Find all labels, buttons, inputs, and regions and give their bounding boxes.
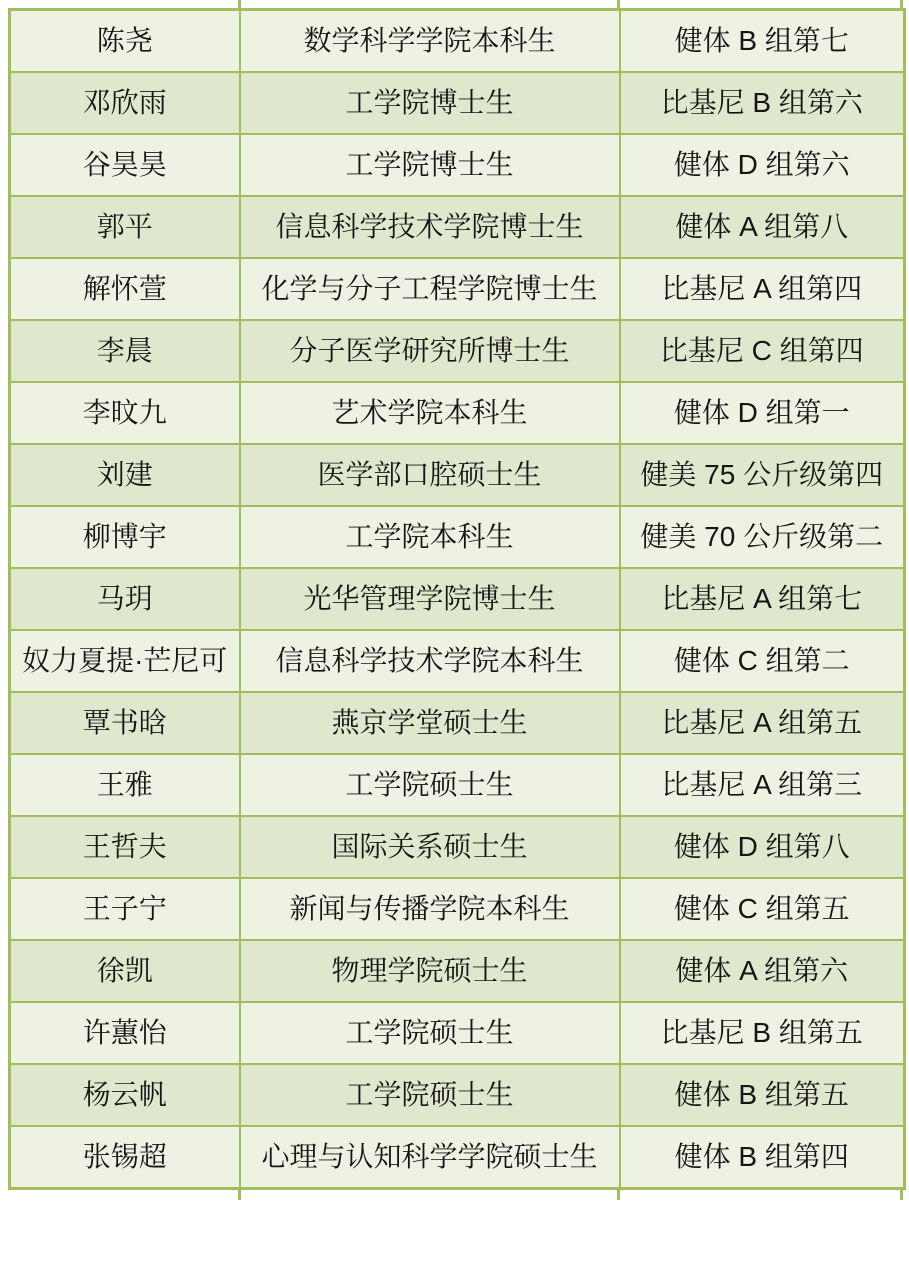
cell-name: 李晨 — [10, 320, 240, 382]
cell-name: 邓欣雨 — [10, 72, 240, 134]
cell-affiliation: 工学院本科生 — [240, 506, 620, 568]
cropped-row-above — [8, 0, 903, 8]
table-row: 李晨 分子医学研究所博士生 比基尼 C 组第四 — [10, 320, 905, 382]
cell-name: 奴力夏提·芒尼可 — [10, 630, 240, 692]
cell-affiliation: 心理与认知科学学院硕士生 — [240, 1126, 620, 1189]
table-row: 张锡超 心理与认知科学学院硕士生 健体 B 组第四 — [10, 1126, 905, 1189]
cell-name: 刘建 — [10, 444, 240, 506]
table-right-border-stub — [900, 0, 903, 8]
cell-result: 健体 C 组第五 — [620, 878, 905, 940]
cell-affiliation: 信息科学技术学院博士生 — [240, 196, 620, 258]
cell-result: 比基尼 A 组第五 — [620, 692, 905, 754]
cell-affiliation: 新闻与传播学院本科生 — [240, 878, 620, 940]
cell-affiliation: 信息科学技术学院本科生 — [240, 630, 620, 692]
cell-result: 健体 A 组第八 — [620, 196, 905, 258]
cell-name: 解怀萱 — [10, 258, 240, 320]
cell-name: 马玥 — [10, 568, 240, 630]
cropped-row-below — [8, 1190, 903, 1200]
cell-affiliation: 医学部口腔硕士生 — [240, 444, 620, 506]
cell-name: 陈尧 — [10, 10, 240, 73]
cell-affiliation: 分子医学研究所博士生 — [240, 320, 620, 382]
table-row: 刘建 医学部口腔硕士生 健美 75 公斤级第四 — [10, 444, 905, 506]
column-border-stub — [617, 1190, 620, 1200]
cell-affiliation: 国际关系硕士生 — [240, 816, 620, 878]
cell-name: 张锡超 — [10, 1126, 240, 1189]
cell-affiliation: 工学院硕士生 — [240, 1064, 620, 1126]
cell-name: 王哲夫 — [10, 816, 240, 878]
table-right-border-stub — [900, 1190, 903, 1200]
table-wrap: 陈尧 数学科学学院本科生 健体 B 组第七 邓欣雨 工学院博士生 比基尼 B 组… — [8, 0, 903, 1200]
table-row: 邓欣雨 工学院博士生 比基尼 B 组第六 — [10, 72, 905, 134]
cell-result: 健体 D 组第八 — [620, 816, 905, 878]
cell-affiliation: 化学与分子工程学院博士生 — [240, 258, 620, 320]
page: 陈尧 数学科学学院本科生 健体 B 组第七 邓欣雨 工学院博士生 比基尼 B 组… — [0, 0, 909, 1285]
cell-affiliation: 物理学院硕士生 — [240, 940, 620, 1002]
cell-result: 比基尼 B 组第五 — [620, 1002, 905, 1064]
table-row: 覃书晗 燕京学堂硕士生 比基尼 A 组第五 — [10, 692, 905, 754]
table-row: 王哲夫 国际关系硕士生 健体 D 组第八 — [10, 816, 905, 878]
results-table: 陈尧 数学科学学院本科生 健体 B 组第七 邓欣雨 工学院博士生 比基尼 B 组… — [8, 8, 906, 1190]
table-row: 柳博宇 工学院本科生 健美 70 公斤级第二 — [10, 506, 905, 568]
cell-name: 王雅 — [10, 754, 240, 816]
cell-result: 健体 B 组第五 — [620, 1064, 905, 1126]
cell-affiliation: 工学院硕士生 — [240, 1002, 620, 1064]
table-row: 马玥 光华管理学院博士生 比基尼 A 组第七 — [10, 568, 905, 630]
table-row: 李旼九 艺术学院本科生 健体 D 组第一 — [10, 382, 905, 444]
cell-name: 覃书晗 — [10, 692, 240, 754]
cell-name: 徐凯 — [10, 940, 240, 1002]
cell-result: 健体 C 组第二 — [620, 630, 905, 692]
cell-name: 许蕙怡 — [10, 1002, 240, 1064]
cell-name: 李旼九 — [10, 382, 240, 444]
table-row: 谷昊昊 工学院博士生 健体 D 组第六 — [10, 134, 905, 196]
cell-result: 健体 D 组第六 — [620, 134, 905, 196]
table-row: 解怀萱 化学与分子工程学院博士生 比基尼 A 组第四 — [10, 258, 905, 320]
column-border-stub — [617, 0, 620, 8]
cell-affiliation: 工学院博士生 — [240, 72, 620, 134]
cell-result: 比基尼 B 组第六 — [620, 72, 905, 134]
table-row: 许蕙怡 工学院硕士生 比基尼 B 组第五 — [10, 1002, 905, 1064]
cell-affiliation: 艺术学院本科生 — [240, 382, 620, 444]
table-row: 徐凯 物理学院硕士生 健体 A 组第六 — [10, 940, 905, 1002]
cell-result: 健体 D 组第一 — [620, 382, 905, 444]
cell-result: 健美 75 公斤级第四 — [620, 444, 905, 506]
cell-affiliation: 工学院硕士生 — [240, 754, 620, 816]
cell-affiliation: 数学科学学院本科生 — [240, 10, 620, 73]
cell-name: 郭平 — [10, 196, 240, 258]
table-body: 陈尧 数学科学学院本科生 健体 B 组第七 邓欣雨 工学院博士生 比基尼 B 组… — [10, 10, 905, 1189]
table-row: 杨云帆 工学院硕士生 健体 B 组第五 — [10, 1064, 905, 1126]
cell-result: 比基尼 A 组第三 — [620, 754, 905, 816]
column-border-stub — [238, 1190, 241, 1200]
cell-affiliation: 光华管理学院博士生 — [240, 568, 620, 630]
cell-result: 健体 B 组第四 — [620, 1126, 905, 1189]
column-border-stub — [238, 0, 241, 8]
cell-affiliation: 工学院博士生 — [240, 134, 620, 196]
cell-name: 谷昊昊 — [10, 134, 240, 196]
cell-result: 比基尼 A 组第七 — [620, 568, 905, 630]
cell-result: 健体 B 组第七 — [620, 10, 905, 73]
cell-result: 健体 A 组第六 — [620, 940, 905, 1002]
cell-result: 比基尼 A 组第四 — [620, 258, 905, 320]
cell-name: 柳博宇 — [10, 506, 240, 568]
cell-affiliation: 燕京学堂硕士生 — [240, 692, 620, 754]
table-row: 奴力夏提·芒尼可 信息科学技术学院本科生 健体 C 组第二 — [10, 630, 905, 692]
table-row: 郭平 信息科学技术学院博士生 健体 A 组第八 — [10, 196, 905, 258]
table-row: 王子宁 新闻与传播学院本科生 健体 C 组第五 — [10, 878, 905, 940]
table-row: 王雅 工学院硕士生 比基尼 A 组第三 — [10, 754, 905, 816]
cell-result: 健美 70 公斤级第二 — [620, 506, 905, 568]
cell-name: 杨云帆 — [10, 1064, 240, 1126]
cell-name: 王子宁 — [10, 878, 240, 940]
table-row: 陈尧 数学科学学院本科生 健体 B 组第七 — [10, 10, 905, 73]
cell-result: 比基尼 C 组第四 — [620, 320, 905, 382]
